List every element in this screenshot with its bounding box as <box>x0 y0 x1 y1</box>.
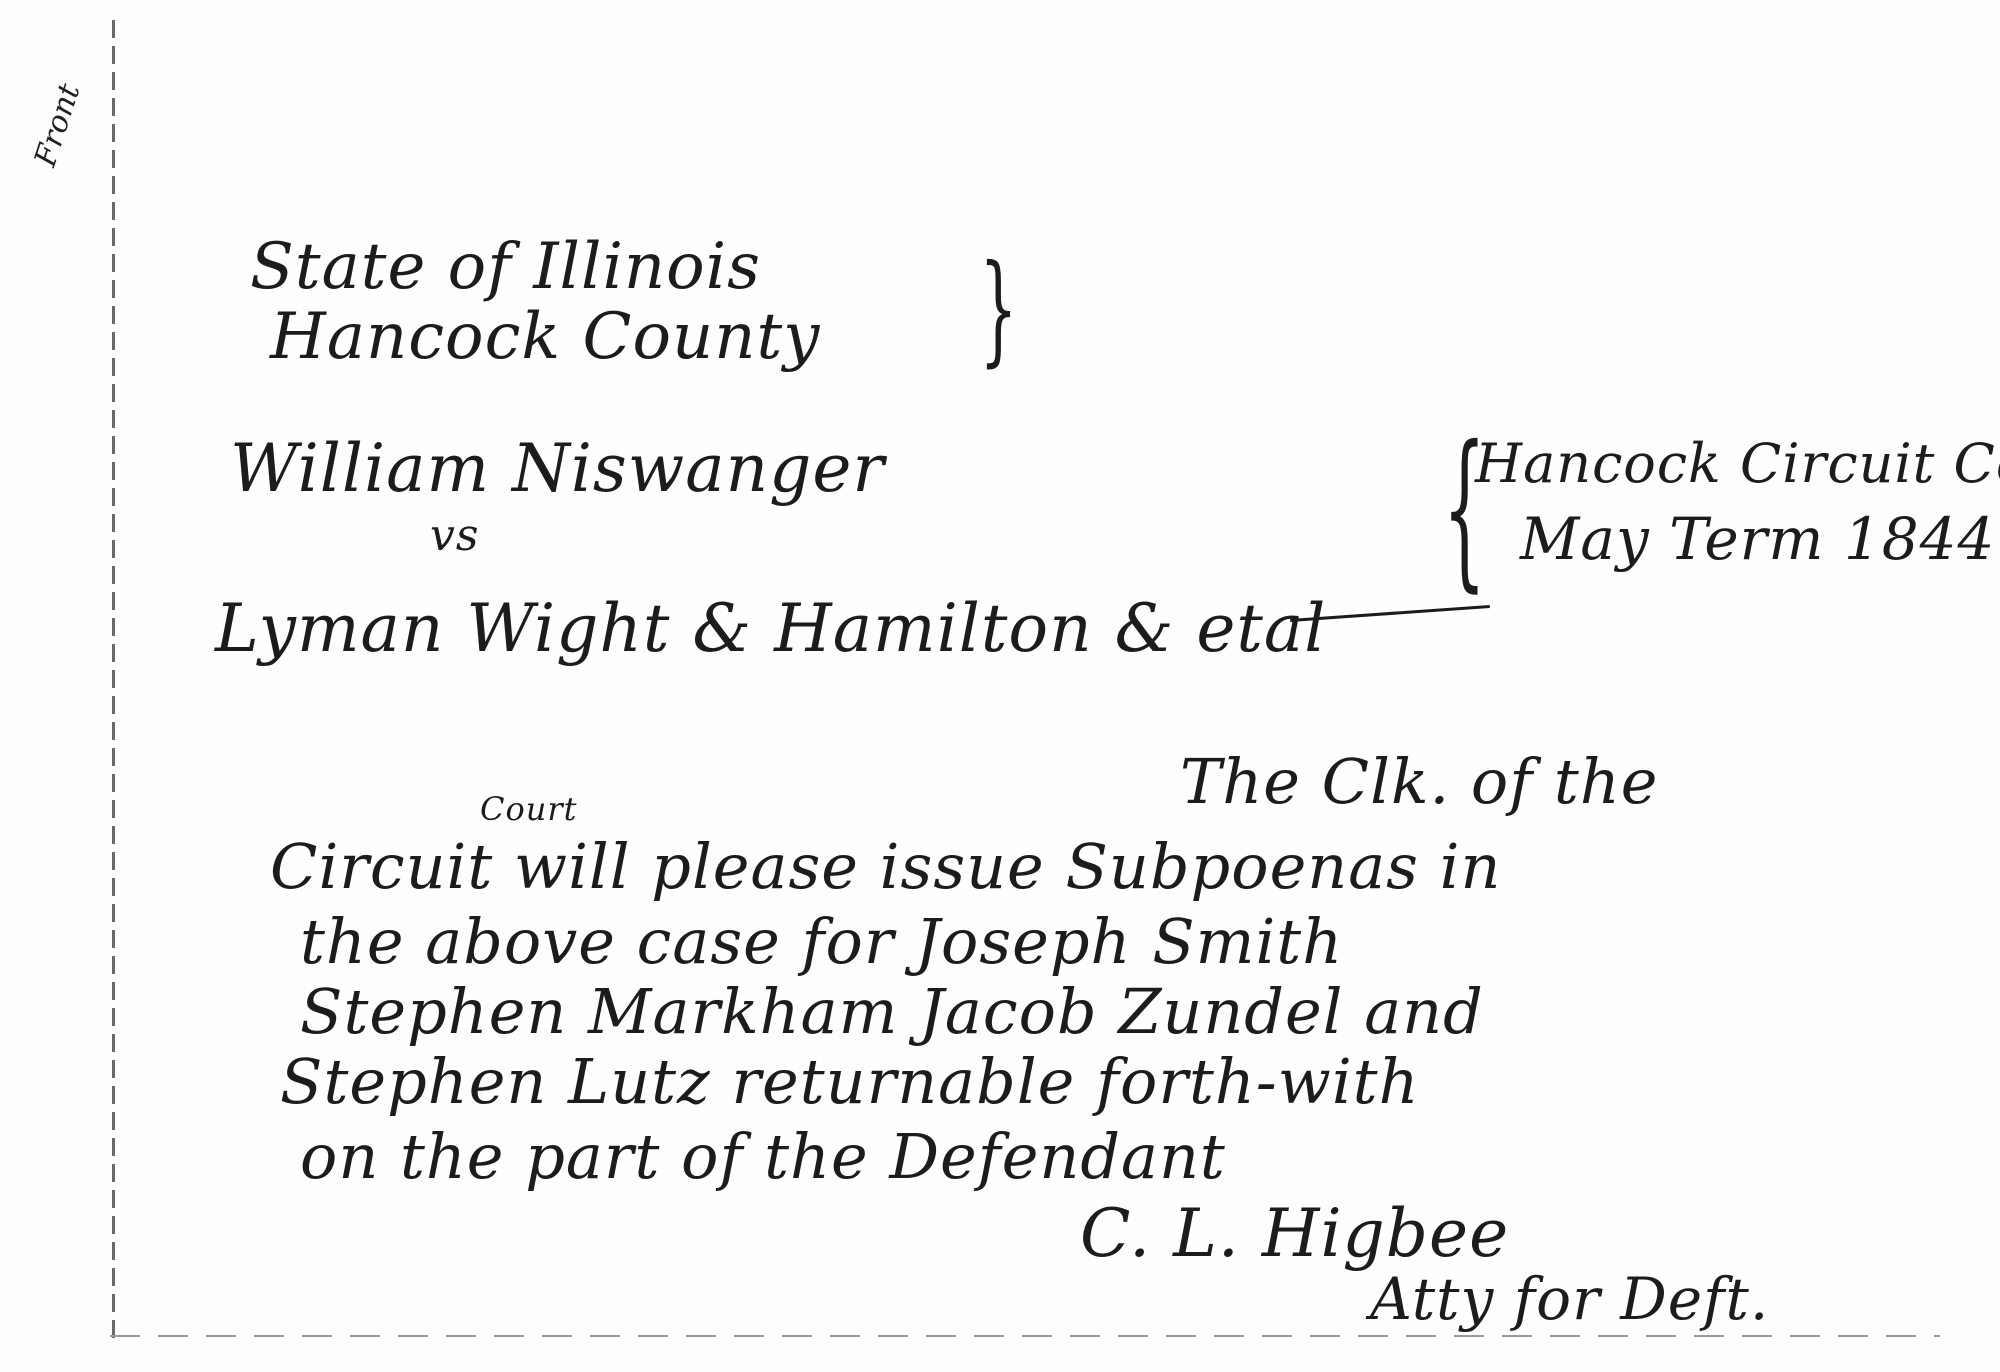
body-line: Stephen Markham Jacob Zundel and <box>300 975 1484 1048</box>
brace-icon: } <box>979 240 1018 379</box>
body-line: The Clk. of the <box>1180 745 1658 818</box>
body-insert: Court <box>480 790 578 828</box>
body-line: on the part of the Defendant <box>300 1120 1226 1193</box>
versus-label: vs <box>430 510 479 561</box>
body-line: the above case for Joseph Smith <box>300 905 1343 978</box>
page-bottom-edge <box>110 1335 1940 1337</box>
plaintiff-name: William Niswanger <box>230 430 885 507</box>
signature-title: Atty for Deft. <box>1370 1265 1769 1333</box>
court-term: May Term 1844 <box>1520 505 1995 573</box>
body-line: Circuit will please issue Subpoenas in <box>270 830 1501 903</box>
document-page: Front State of Illinois Hancock County }… <box>0 0 2000 1372</box>
margin-rule <box>112 20 115 1340</box>
defendants-names: Lyman Wight & Hamilton & etal <box>215 590 1326 667</box>
margin-note: Front <box>28 80 87 171</box>
venue-state: State of Illinois <box>250 230 761 304</box>
signature-name: C. L. Higbee <box>1080 1195 1509 1272</box>
body-line: Stephen Lutz returnable forth-with <box>280 1045 1420 1118</box>
venue-county: Hancock County <box>270 300 820 374</box>
court-name: Hancock Circuit Court <box>1475 432 2000 495</box>
